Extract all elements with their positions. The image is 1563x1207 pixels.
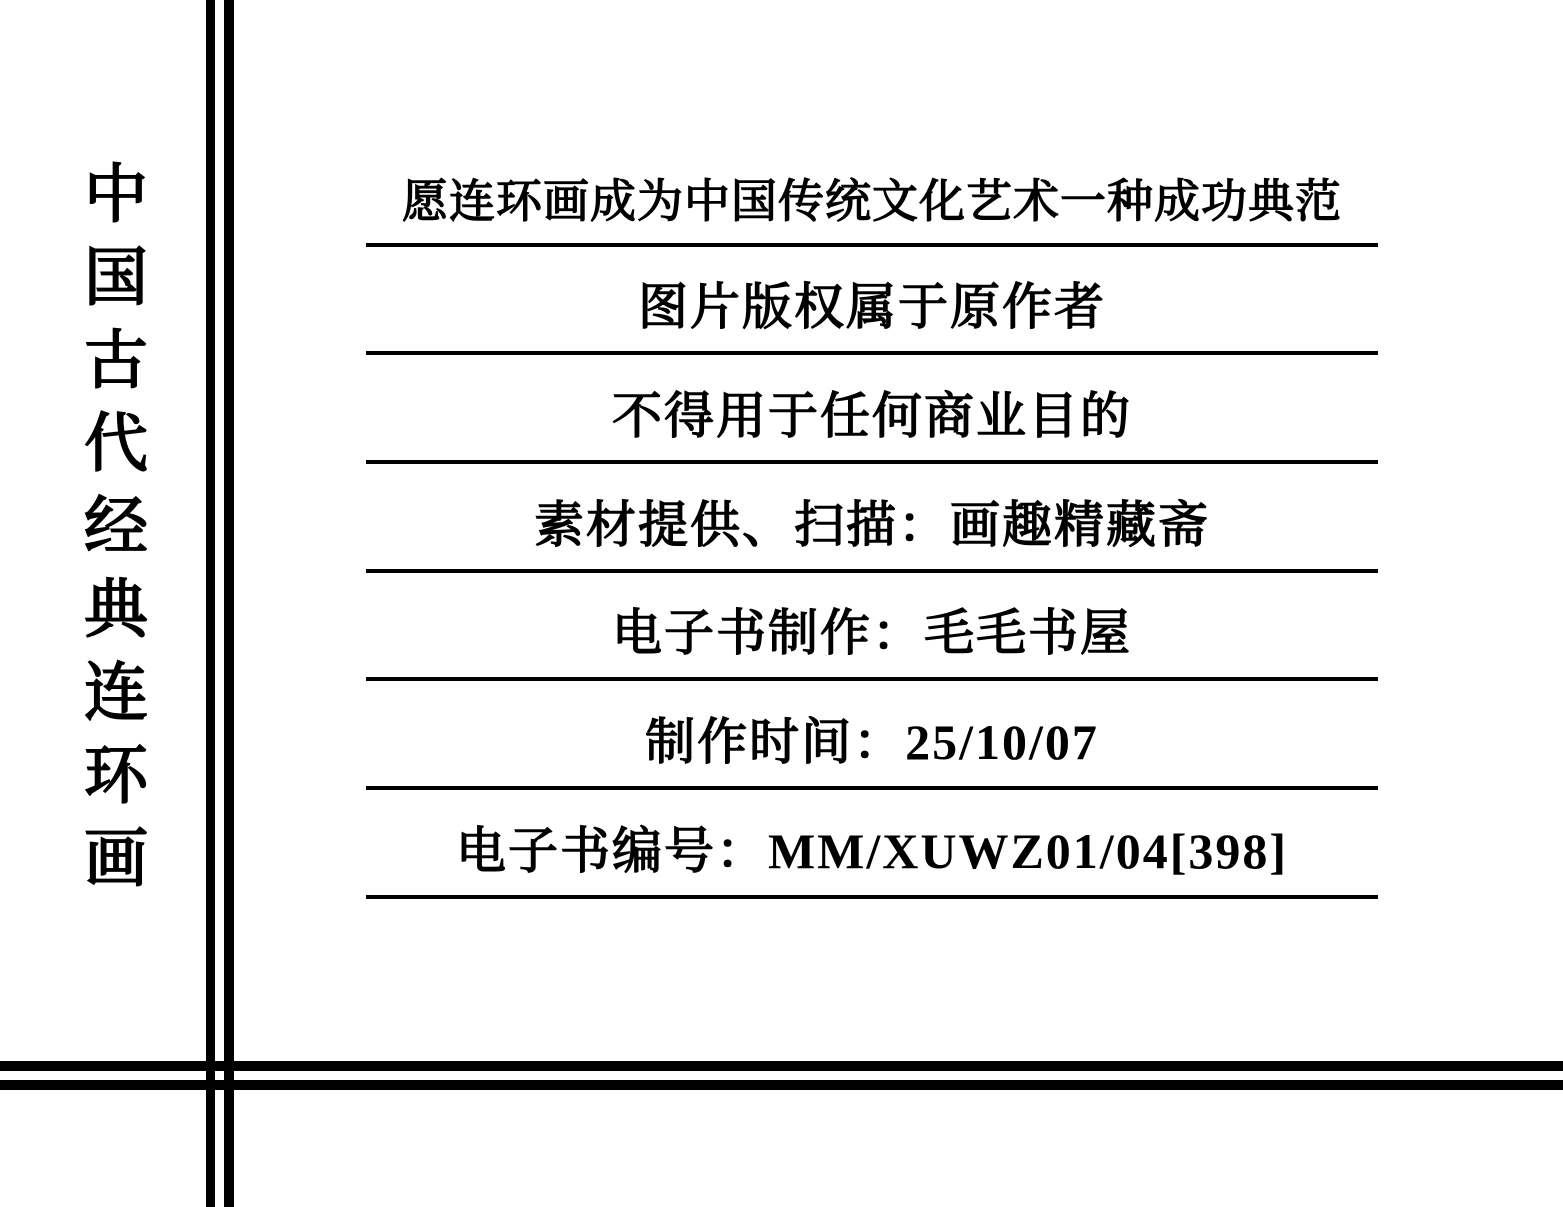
colophon-line-production-date: 制作时间：25/10/07 [366,681,1378,790]
vertical-rule-outer [224,0,234,1207]
colophon-line-copyright: 图片版权属于原作者 [366,247,1378,356]
colophon-line-material-source: 素材提供、扫描：画趣精藏斋 [366,464,1378,573]
colophon-line-motto: 愿连环画成为中国传统文化艺术一种成功典范 [366,138,1378,247]
colophon-content: 愿连环画成为中国传统文化艺术一种成功典范 图片版权属于原作者 不得用于任何商业目… [366,138,1378,899]
series-title-vertical: 中国古代经典连环画 [78,160,142,907]
colophon-line-usage-restriction: 不得用于任何商业目的 [366,355,1378,464]
colophon-line-ebook-id: 电子书编号：MM/XUWZ01/04[398] [366,790,1378,899]
colophon-line-ebook-producer: 电子书制作：毛毛书屋 [366,573,1378,682]
scanned-colophon-page: 中国古代经典连环画 愿连环画成为中国传统文化艺术一种成功典范 图片版权属于原作者… [0,0,1563,1207]
horizontal-rule-bottom [0,1080,1563,1090]
vertical-rule-inner [206,0,215,1207]
horizontal-rule-top [0,1061,1563,1071]
